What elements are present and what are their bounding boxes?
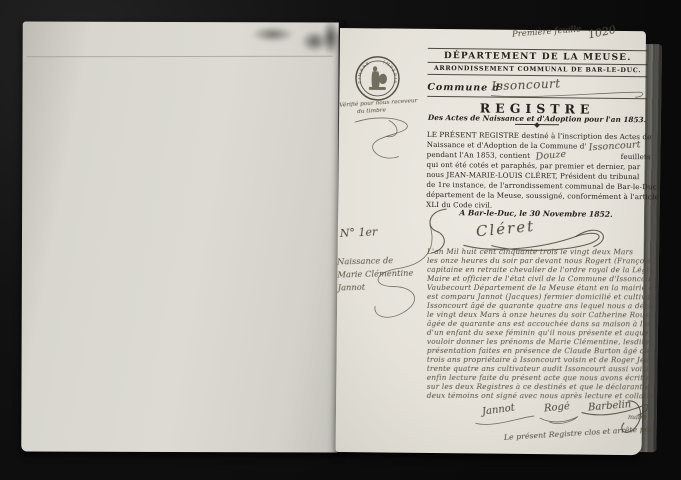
revenue-stamp-icon: TIMBRE IMPERIAL — [353, 54, 402, 103]
certificate-paragraph: LE PRÉSENT REGISTRE destiné à l'inscript… — [426, 130, 651, 212]
signature-roge-flourish — [538, 410, 582, 426]
act-line: présentation faites en présence de Claud… — [427, 346, 653, 355]
act-line: vouloir donner les prénoms de Marie Clém… — [427, 337, 653, 346]
act-line: sur les deux Registres à ce destinés et … — [427, 382, 653, 391]
signature-title-note: maire — [628, 413, 647, 421]
act-line: trois ans propriétaire à Issoncourt vois… — [427, 355, 653, 364]
act-line: Vaubecourt Département de la Meuse étant… — [427, 283, 653, 292]
feuillets-word: feuillets — [621, 152, 651, 162]
act-line: âgée de quarante ans est accouchée dans … — [427, 319, 653, 328]
act-line: trente quatre ans cultivateur audit Isso… — [427, 364, 653, 373]
arrondissement-title: ARRONDISSEMENT COMMUNAL DE BAR-LE-DUC. — [428, 65, 648, 74]
act-line: Maire et officier de l'état civil de la … — [427, 274, 653, 283]
act-line: enfin lecture faite du présent acte que … — [427, 373, 653, 382]
stamp-figure — [369, 66, 387, 90]
ornament-divider — [467, 123, 607, 125]
archival-scan: Première feuille 1020 DÉPARTEMENT DE LA … — [0, 0, 681, 480]
left-blank-page — [21, 21, 338, 452]
svg-text:TIMBRE: TIMBRE — [357, 60, 371, 84]
act-line: le vingt deux Mars à onze heures du soir… — [427, 310, 653, 319]
commune-underline-flourish — [489, 88, 649, 102]
verification-signature-flourish — [349, 112, 416, 169]
signature-jannot-flourish — [474, 411, 538, 428]
act-line: Issoncourt âgé de quarante quatre ans le… — [427, 301, 653, 310]
act-line: L'an Mil huit cent cinquante trois le vi… — [427, 247, 653, 256]
registre-page: Première feuille 1020 DÉPARTEMENT DE LA … — [336, 28, 646, 455]
stamp-text-left: TIMBRE — [357, 60, 371, 84]
act-line: d'un enfant du sexe féminin qu'il nous p… — [427, 328, 653, 337]
page-crease — [27, 56, 333, 58]
margin-flourish — [363, 220, 438, 333]
folio-number: 1020 — [587, 23, 617, 41]
ink-stain — [323, 20, 339, 54]
act-line: capitaine en retraite chevalier de l'ord… — [427, 265, 653, 274]
act-line: est comparu Jannot (Jacques) fermier dom… — [427, 292, 653, 301]
act-body: L'an Mil huit cent cinquante trois le vi… — [427, 247, 653, 400]
folio-note: Première feuille — [512, 25, 582, 40]
act-line: les onze heures du soir par devant nous … — [427, 256, 653, 265]
ink-stain — [251, 26, 295, 42]
